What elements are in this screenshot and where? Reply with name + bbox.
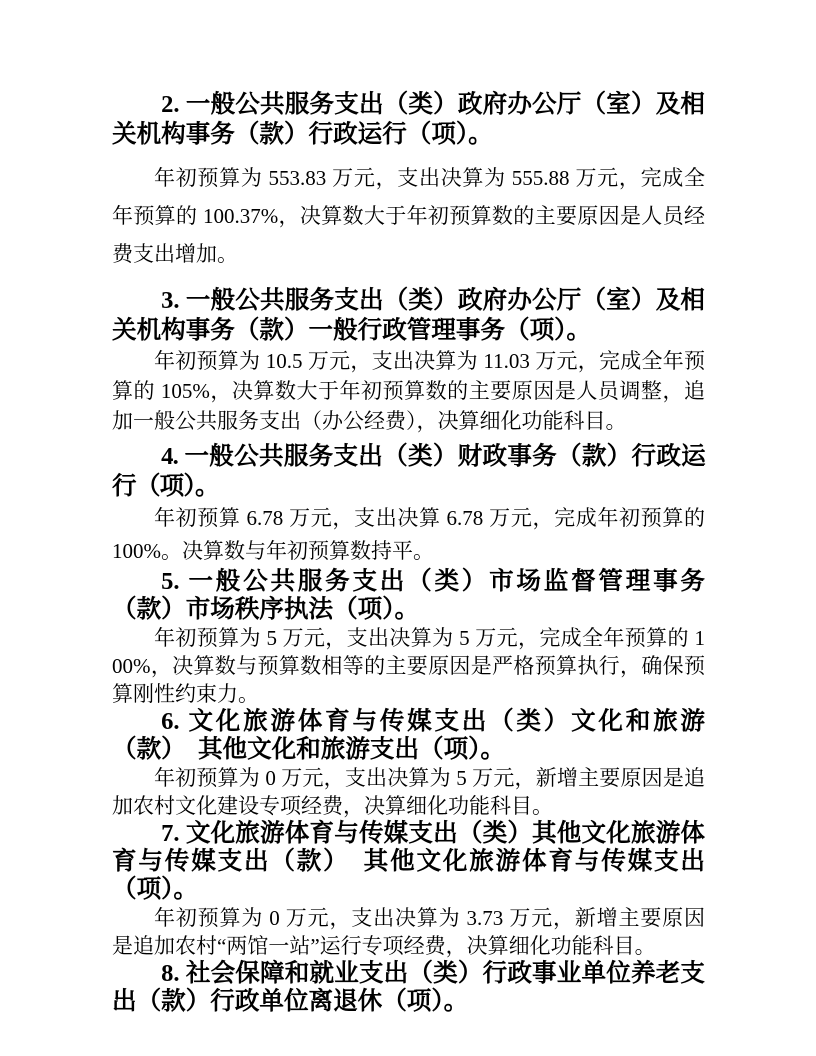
- section-paragraph: 年初预算为 10.5 万元，支出决算为 11.03 万元，完成全年预算的 105…: [112, 346, 705, 436]
- section-6: 6. 文化旅游体育与传媒支出（类）文化和旅游（款） 其他文化和旅游支出（项）。 …: [112, 708, 705, 820]
- section-heading: 6. 文化旅游体育与传媒支出（类）文化和旅游（款） 其他文化和旅游支出（项）。: [112, 708, 705, 764]
- section-4: 4. 一般公共服务支出（类）财政事务（款）行政运行（项）。 年初预算 6.78 …: [112, 442, 705, 568]
- section-paragraph: 年初预算为 5 万元，支出决算为 5 万元，完成全年预算的 100%，决算数与预…: [112, 624, 705, 708]
- section-heading: 8. 社会保障和就业支出（类）行政事业单位养老支出（款）行政单位离退休（项）。: [112, 960, 705, 1016]
- section-paragraph: 年初预算 6.78 万元，支出决算 6.78 万元，完成年初预算的 100%。决…: [112, 502, 705, 568]
- document-body: 2. 一般公共服务支出（类）政府办公厅（室）及相关机构事务（款）行政运行（项）。…: [112, 90, 705, 1016]
- section-heading: 3. 一般公共服务支出（类）政府办公厅（室）及相关机构事务（款）一般行政管理事务…: [112, 286, 705, 346]
- section-2: 2. 一般公共服务支出（类）政府办公厅（室）及相关机构事务（款）行政运行（项）。…: [112, 90, 705, 273]
- section-heading: 2. 一般公共服务支出（类）政府办公厅（室）及相关机构事务（款）行政运行（项）。: [112, 90, 705, 150]
- section-7: 7. 文化旅游体育与传媒支出（类）其他文化旅游体育与传媒支出（款） 其他文化旅游…: [112, 820, 705, 960]
- section-paragraph: 年初预算为 0 万元，支出决算为 5 万元，新增主要原因是追加农村文化建设专项经…: [112, 764, 705, 820]
- section-paragraph: 年初预算为 553.83 万元，支出决算为 555.88 万元，完成全年预算的 …: [112, 159, 705, 273]
- section-3: 3. 一般公共服务支出（类）政府办公厅（室）及相关机构事务（款）一般行政管理事务…: [112, 286, 705, 436]
- section-heading: 7. 文化旅游体育与传媒支出（类）其他文化旅游体育与传媒支出（款） 其他文化旅游…: [112, 820, 705, 904]
- section-5: 5. 一般公共服务支出（类）市场监督管理事务（款）市场秩序执法（项）。 年初预算…: [112, 568, 705, 708]
- section-paragraph: 年初预算为 0 万元，支出决算为 3.73 万元，新增主要原因是追加农村“两馆一…: [112, 904, 705, 960]
- section-heading: 4. 一般公共服务支出（类）财政事务（款）行政运行（项）。: [112, 442, 705, 502]
- document-page: 2. 一般公共服务支出（类）政府办公厅（室）及相关机构事务（款）行政运行（项）。…: [0, 0, 816, 1056]
- section-heading: 5. 一般公共服务支出（类）市场监督管理事务（款）市场秩序执法（项）。: [112, 568, 705, 624]
- section-8: 8. 社会保障和就业支出（类）行政事业单位养老支出（款）行政单位离退休（项）。: [112, 960, 705, 1016]
